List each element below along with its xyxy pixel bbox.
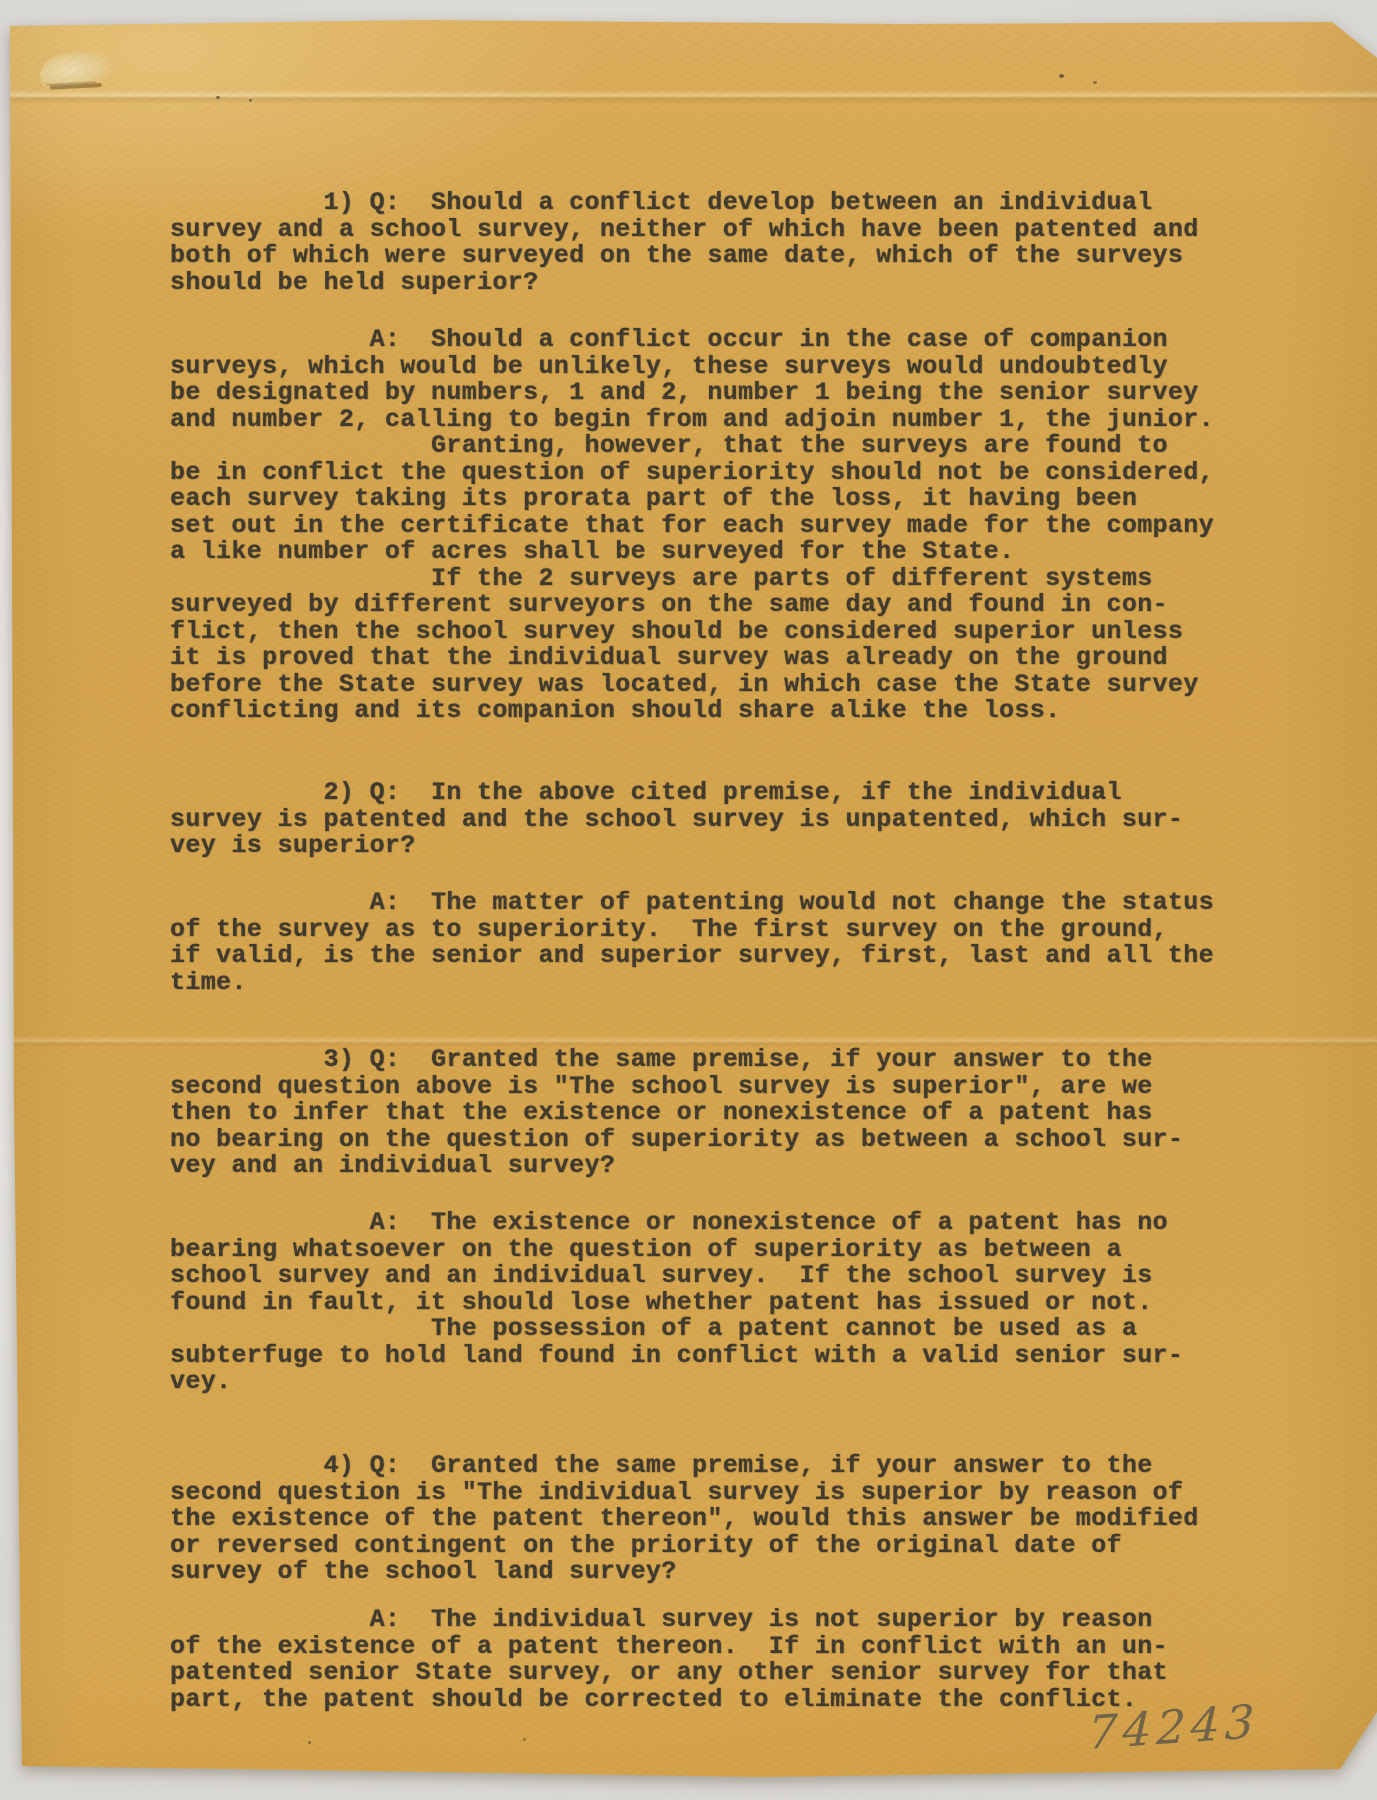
paper-speck bbox=[1059, 74, 1064, 78]
paper-speck bbox=[1093, 81, 1097, 84]
paper-speck bbox=[523, 1738, 526, 1741]
answer-2: A: The matter of patenting would not cha… bbox=[170, 890, 1290, 996]
question-1: 1) Q: Should a conflict develop between … bbox=[170, 190, 1290, 296]
question-2: 2) Q: In the above cited premise, if the… bbox=[170, 780, 1290, 860]
scanned-document: 1) Q: Should a conflict develop between … bbox=[0, 0, 1377, 1800]
question-4: 4) Q: Granted the same premise, if your … bbox=[170, 1453, 1290, 1586]
staple-tear-mark bbox=[38, 48, 118, 95]
handwritten-number: 74243 bbox=[1087, 1694, 1260, 1760]
answer-3: A: The existence or nonexistence of a pa… bbox=[170, 1210, 1290, 1396]
answer-1: A: Should a conflict occur in the case o… bbox=[170, 327, 1290, 725]
answer-4: A: The individual survey is not superior… bbox=[170, 1607, 1290, 1713]
fold-crease-top bbox=[0, 90, 1377, 104]
paper-speck bbox=[249, 99, 252, 102]
paper-speck bbox=[308, 1741, 311, 1744]
document-page: 1) Q: Should a conflict develop between … bbox=[0, 0, 1377, 1800]
paper-speck bbox=[216, 96, 220, 99]
question-3: 3) Q: Granted the same premise, if your … bbox=[170, 1047, 1290, 1180]
paper-speck bbox=[905, 18, 908, 23]
